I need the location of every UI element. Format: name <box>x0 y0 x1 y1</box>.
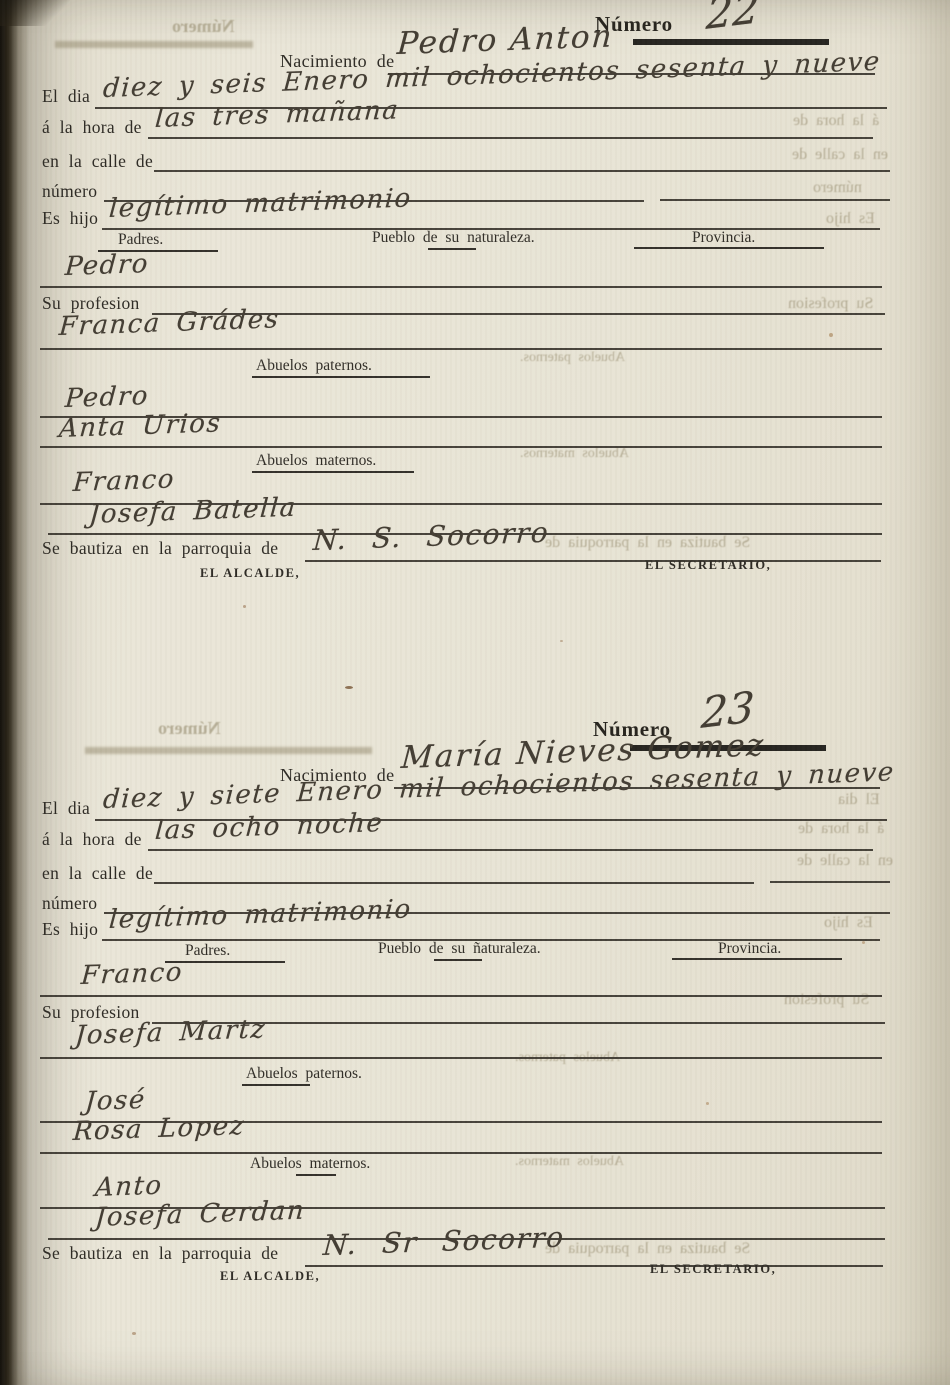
es-hijo-label: Es hijo <box>42 919 98 940</box>
padres-header: Padres. <box>185 942 230 960</box>
register-page-scan: Número á la hora de en la calle de númer… <box>0 0 950 1385</box>
hora-label: á la hora de <box>42 829 142 850</box>
blank-line <box>40 1152 882 1154</box>
calle-label: en la calle de <box>42 863 153 884</box>
header-underline <box>428 248 476 250</box>
maternal-grandfather-handwritten: Anto <box>94 1171 164 1203</box>
paternal-grandmother-handwritten: Rosa Lopez <box>72 1111 246 1147</box>
dia-label: El dia <box>42 798 90 819</box>
alcalde-label: EL ALCALDE, <box>200 566 300 581</box>
maternal-grandmother-handwritten: Josefa Cerdan <box>94 1196 306 1233</box>
father-name-handwritten: Franco <box>80 957 184 991</box>
bautiza-label: Se bautiza en la parroquia de <box>42 538 278 559</box>
abuelos-paternos-header: Abuelos paternos. <box>256 357 372 375</box>
father-name-handwritten: Pedro <box>64 249 150 282</box>
legitimacy-handwritten: legítimo matrimonio <box>108 183 413 224</box>
maternal-grandfather-handwritten: Franco <box>72 464 176 498</box>
abuelos-maternos-header: Abuelos maternos. <box>250 1155 370 1173</box>
abuelos-paternos-header: Abuelos paternos. <box>246 1065 362 1083</box>
header-underline <box>634 247 824 249</box>
header-underline <box>252 471 414 473</box>
secretario-label: EL SECRETARIO, <box>645 558 771 573</box>
header-underline <box>242 1084 310 1086</box>
numero-calle-label: número <box>42 181 97 202</box>
secretario-label: EL SECRETARIO, <box>650 1262 776 1277</box>
numero-calle-label: número <box>42 893 97 914</box>
maternal-grandmother-handwritten: Josefa Batella <box>88 493 298 530</box>
child-name-handwritten: Pedro Anton <box>396 18 615 62</box>
hour-handwritten: las tres mañana <box>154 95 400 134</box>
blank-line <box>154 170 890 172</box>
parish-handwritten: N. Sr Socorro <box>322 1220 566 1262</box>
header-underline <box>672 958 842 960</box>
birth-record-22: Número 22 Nacimiento de Pedro Anton El d… <box>0 0 950 640</box>
pueblo-header: Pueblo de su ñaturaleza. <box>378 940 541 958</box>
blank-line <box>305 560 881 562</box>
mother-name-handwritten: Josefa Martz <box>74 1014 267 1051</box>
paternal-grandmother-handwritten: Anta Urios <box>58 408 222 444</box>
blank-line <box>40 446 882 448</box>
header-underline <box>296 1174 336 1176</box>
dia-label: El dia <box>42 86 90 107</box>
bautiza-label: Se bautiza en la parroquia de <box>42 1243 278 1264</box>
header-underline <box>434 959 482 961</box>
numero-handwritten-value: 22 <box>705 0 761 39</box>
alcalde-label: EL ALCALDE, <box>220 1269 320 1284</box>
blank-line <box>770 881 890 883</box>
birth-record-23: Número 23 Nacimiento de María Nieves Gom… <box>0 703 950 1343</box>
legitimacy-handwritten: legítimo matrimonio <box>108 894 413 935</box>
paternal-grandfather-handwritten: José <box>84 1085 147 1117</box>
pueblo-header: Pueblo de su naturaleza. <box>372 229 535 247</box>
abuelos-maternos-header: Abuelos maternos. <box>256 452 376 470</box>
blank-line <box>148 849 873 851</box>
numero-rule <box>633 39 829 45</box>
mother-name-handwritten: Franca Grádes <box>58 304 281 342</box>
blank-line <box>40 995 882 997</box>
blank-line <box>40 286 882 288</box>
calle-label: en la calle de <box>42 151 153 172</box>
foxing-speck <box>345 686 353 689</box>
paternal-grandfather-handwritten: Pedro <box>64 381 150 414</box>
blank-line <box>305 1265 883 1267</box>
es-hijo-label: Es hijo <box>42 208 98 229</box>
parish-handwritten: N. S. Socorro <box>312 516 550 557</box>
blank-line <box>148 137 873 139</box>
hour-handwritten: las ocho noche <box>154 808 384 846</box>
padres-header: Padres. <box>118 231 163 249</box>
foxing-speck <box>560 640 563 642</box>
blank-line <box>40 1057 882 1059</box>
blank-line <box>154 882 754 884</box>
hora-label: á la hora de <box>42 117 142 138</box>
blank-line <box>660 199 890 201</box>
provincia-header: Provincia. <box>718 940 781 958</box>
provincia-header: Provincia. <box>692 229 755 247</box>
blank-line <box>40 348 882 350</box>
header-underline <box>252 376 430 378</box>
